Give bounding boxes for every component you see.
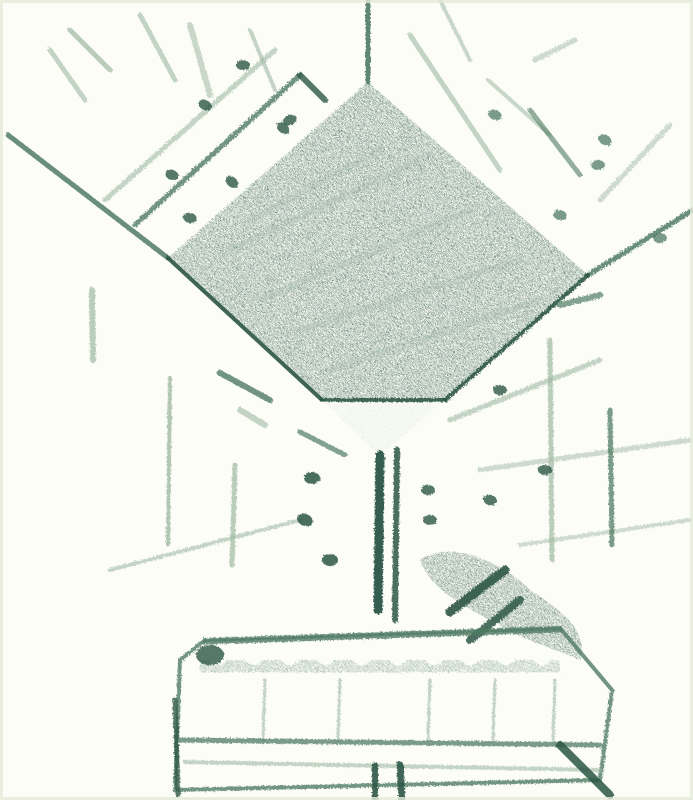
vertical-edge bbox=[232, 465, 235, 565]
window-mark bbox=[322, 554, 338, 566]
window-mark bbox=[236, 60, 250, 70]
window-mark bbox=[538, 465, 552, 475]
panel-divider bbox=[428, 680, 430, 740]
vertical-edge bbox=[550, 340, 552, 560]
window-mark bbox=[421, 485, 435, 495]
vertical-edge bbox=[610, 410, 612, 545]
window-mark bbox=[591, 160, 605, 170]
window-mark bbox=[653, 233, 667, 243]
panel-divider bbox=[338, 680, 340, 740]
pole-stroke bbox=[395, 450, 397, 620]
window-mark bbox=[304, 472, 320, 484]
vertical-edge bbox=[168, 378, 170, 545]
street-perspective-sketch bbox=[0, 0, 693, 800]
awning-left-post bbox=[175, 700, 178, 795]
panel-divider bbox=[493, 680, 495, 740]
window-mark bbox=[196, 645, 224, 665]
pole-stroke bbox=[378, 455, 380, 610]
window-mark bbox=[493, 385, 507, 395]
panel-divider bbox=[553, 680, 555, 740]
vertical-mark bbox=[92, 290, 93, 360]
panel-divider bbox=[263, 680, 265, 740]
sketch-canvas bbox=[0, 0, 693, 800]
window-mark bbox=[423, 515, 437, 525]
awning-leg bbox=[400, 765, 402, 800]
